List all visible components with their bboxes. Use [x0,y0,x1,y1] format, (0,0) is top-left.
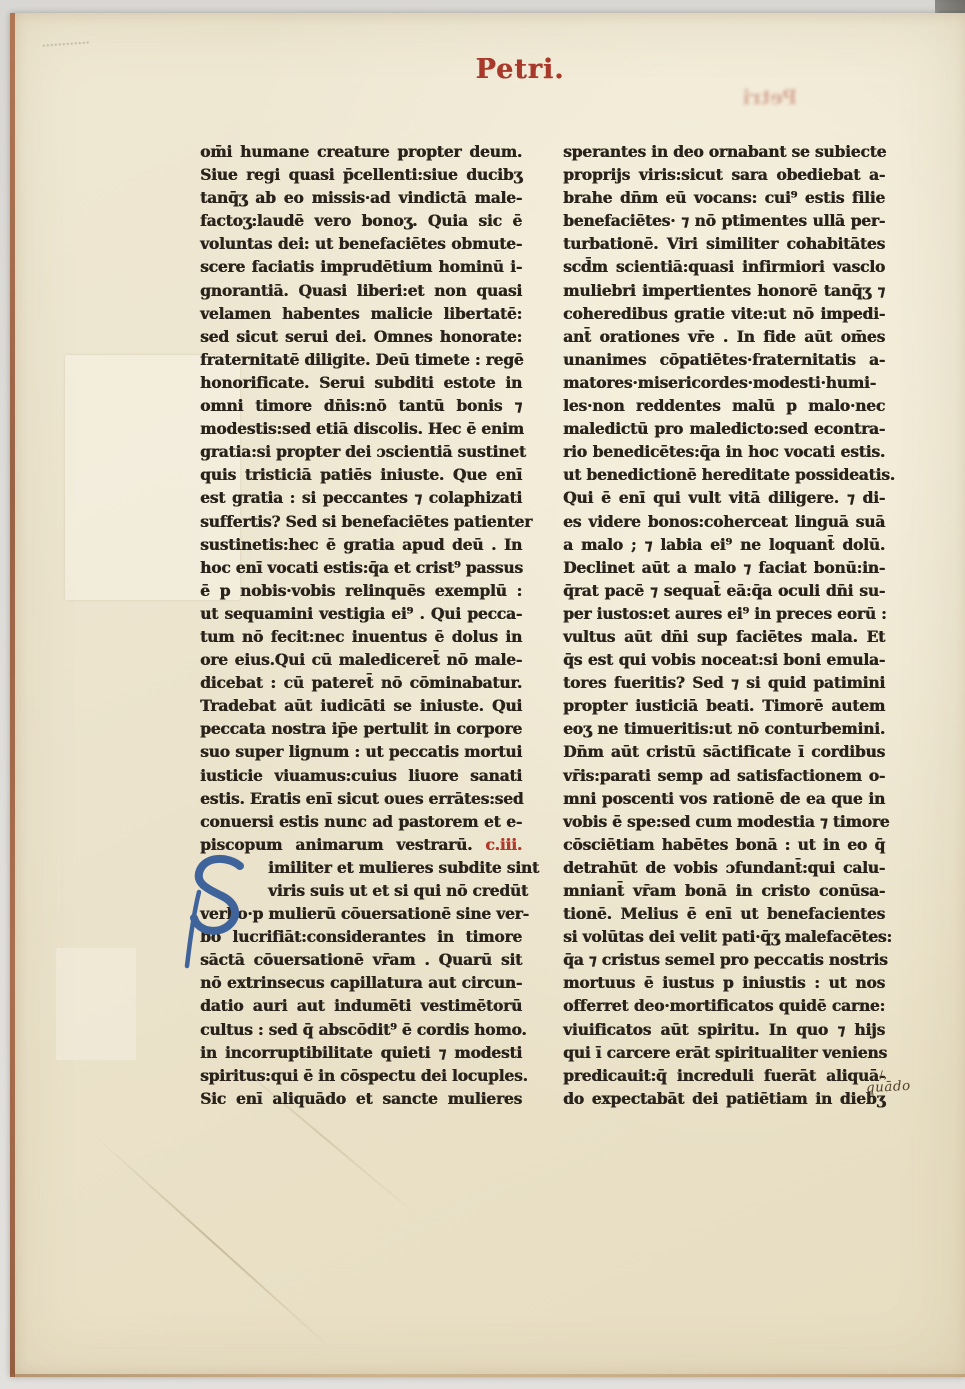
text-line: eoʒ ne timueritis:ut nō conturbemini. [563,717,885,740]
text-line: Declinet aūt a malo ⁊ faciat bonū:in- [563,556,885,579]
page-edge-stain [10,13,15,1377]
text-line: scd̄m scientiā:quasi infirmiori vasclo [563,255,885,278]
text-line: mniant̄ vr̄am bonā in cristo conūsa- [563,879,885,902]
text-line: vobis ē spe:sed cum modestia ⁊ timore [563,810,885,833]
text-line: benefaciētes· ⁊ nō ptimentes ullā per- [563,209,885,232]
marginal-annotation: /, quādo [866,1078,911,1096]
text-line: hoc enī vocati estis:q̄a et crist⁹ passu… [200,556,522,579]
text-line: mni poscenti vos rationē de ea que in [563,787,885,810]
text-line: vr̄is:parati semp ad satisfactionem o- [563,764,885,787]
marginal-tick: /, [879,1068,888,1081]
text-line: tionē. Melius ē enī ut benefacientes [563,902,885,925]
text-line: ant̄ orationes vr̄e . In fide aūt om̄es [563,325,885,348]
text-line: Qui ē enī qui vult vitā diligere. ⁊ di- [563,486,885,509]
text-line: turbationē. Viri similiter cohabitātes [563,232,885,255]
text-line: les·non reddentes malū p malo·nec [563,394,885,417]
column2-text-block: sperantes in deo ornabant se subiectepro… [563,140,885,1110]
chapter-end-line: piscopum animarum vestrarū. c.iii. [200,833,522,856]
text-line: sperantes in deo ornabant se subiecte [563,140,885,163]
text-line: Sic enī aliquādo et sancte mulieres [200,1087,522,1110]
text-line: peccata nostra ip̄e pertulit in corpore [200,717,522,740]
text-line: omni timore dn̄is:nō tantū bonis ⁊ [200,394,522,417]
text-line: qui ī carcere erāt spiritualiter veniens [563,1041,885,1064]
text-line: datio auri aut indumēti vestimētorū [200,994,522,1017]
manuscript-page: Petri. Petri om̄i humane creature propte… [10,13,965,1377]
parchment-crease [92,1133,338,1355]
text-line: coheredibus gratie vite:ut nō impedi- [563,302,885,325]
text-line: gratia:si propter dei ɔscientiā sustinet [200,440,522,463]
text-column-1: om̄i humane creature propter deum.Siue r… [200,140,522,1110]
text-line: muliebri impertientes honorē tanq̄ʒ ⁊ [563,279,885,302]
text-line: detrahūt de vobis ɔfundant̄:qui calu- [563,856,885,879]
text-line: q̄s est qui vobis noceat:si boni emula- [563,648,885,671]
text-line: iusticie viuamus:cuius liuore sanati [200,764,522,787]
illuminated-initial-S [184,854,250,972]
chapter-number-rubric: c.iii. [485,835,522,854]
text-line: a malo ; ⁊ labia ei⁹ ne loquant̄ dolū. [563,533,885,556]
text-line: Tradebat aūt iudicāti se iniuste. Qui [200,694,522,717]
text-line: q̄rat pacē ⁊ sequat̄ eā:q̄a oculi dn̄i s… [563,579,885,602]
text-line: rio benedicētes:q̄a in hoc vocati estis. [563,440,885,463]
chapter-end-text: piscopum animarum vestrarū. [200,835,472,854]
text-line: per iustos:et aures ei⁹ in preces eorū : [563,602,885,625]
chapter2-text-block: om̄i humane creature propter deum.Siue r… [200,140,522,833]
text-line: voluntas dei: ut benefaciētes obmute- [200,232,522,255]
text-line: suffertis? Sed si benefaciētes patienter [200,510,522,533]
text-column-2: sperantes in deo ornabant se subiectepro… [563,140,885,1110]
text-line: est gratia : si peccantes ⁊ colaphizati [200,486,522,509]
text-line: predicauit:q̄ increduli fuerāt aliquā- [563,1064,885,1087]
text-line: spiritus:qui ē in cōspectu dei locuples. [200,1064,522,1087]
text-line: fraternitatē diligite. Deū timete : regē [200,348,522,371]
text-line: Dn̄m aūt cristū sāctificate ī cordibus [563,740,885,763]
text-line: si volūtas dei velit pati·q̄ʒ malefacēte… [563,925,885,948]
pencil-inscription [43,41,90,54]
text-line: scere faciatis imprudētium hominū i- [200,255,522,278]
text-line: quis tristiciā patiēs iniuste. Que enī [200,463,522,486]
running-title-offset-ghost: Petri [710,85,830,109]
text-line: modestis:sed etiā discolis. Hec ē enim [200,417,522,440]
text-line: mortuus ē iustus p iniustis : ut nos [563,971,885,994]
text-line: matores·misericordes·modesti·humi- [563,371,885,394]
text-line: brahe dn̄m eū vocans: cui⁹ estis filie [563,186,885,209]
text-line: proprijs viris:sicut sara obediebat a- [563,163,885,186]
text-line: cultus : sed q̄ abscōdit⁹ ē cordis homo. [200,1018,522,1041]
text-line: tores fueritis? Sed ⁊ si quid patimini [563,671,885,694]
text-line: ut benedictionē hereditate possideatis. [563,463,885,486]
text-line: estis. Eratis enī sicut oues errātes:sed [200,787,522,810]
text-line: unanimes cōpatiētes·fraternitatis a- [563,348,885,371]
text-line: nō extrinsecus capillatura aut circun- [200,971,522,994]
text-line: conuersi estis nunc ad pastorem et e- [200,810,522,833]
text-line: q̄a ⁊ cristus semel pro peccatis nostris [563,948,885,971]
text-line: Siue regi quasi p̄cellenti:siue ducibʒ [200,163,522,186]
text-line: ut sequamini vestigia ei⁹ . Qui pecca- [200,602,522,625]
text-line: ore eius.Qui cū malediceret̄ nō male- [200,648,522,671]
text-line: do expectabāt dei patiētiam in diebʒ [563,1087,885,1110]
parchment-light-patch [56,948,136,1060]
text-line: ē p nobis·vobis relinquēs exemplū : [200,579,522,602]
text-line: viuificatos aūt spiritu. In quo ⁊ hijs [563,1018,885,1041]
text-line: honorificate. Serui subditi estote in [200,371,522,394]
text-line: cōsciētiam habētes bonā : ut in eo q̄ [563,833,885,856]
text-line: propter iusticiā beati. Timorē autem [563,694,885,717]
text-line: offerret deo·mortificatos quidē carne: [563,994,885,1017]
page-bottom-edge [10,1374,965,1377]
text-line: tanq̄ʒ ab eo missis·ad vindictā male- [200,186,522,209]
text-line: tum nō fecit:nec inuentus ē dolus in [200,625,522,648]
running-title: Petri. [410,54,630,85]
text-line: sed sicut serui dei. Omnes honorate: [200,325,522,348]
text-line: maledictū pro maledicto:sed econtra- [563,417,885,440]
text-line: suo super lignum : ut peccatis mortui [200,740,522,763]
text-line: factoʒ:laudē vero bonoʒ. Quia sic ē [200,209,522,232]
marginal-note-text: quādo [866,1078,911,1096]
text-line: dicebat : cū pateret̄ nō cōminabatur. [200,671,522,694]
text-line: sustinetis:hec ē gratia apud deū . In [200,533,522,556]
text-line: gnorantiā. Quasi liberi:et non quasi [200,279,522,302]
text-line: vultus aūt dn̄i sup faciētes mala. Et [563,625,885,648]
text-line: in incorruptibilitate quieti ⁊ modesti [200,1041,522,1064]
text-line: velamen habentes malicie libertatē: [200,302,522,325]
text-line: om̄i humane creature propter deum. [200,140,522,163]
text-line: es videre bonos:coherceat linguā suā [563,510,885,533]
